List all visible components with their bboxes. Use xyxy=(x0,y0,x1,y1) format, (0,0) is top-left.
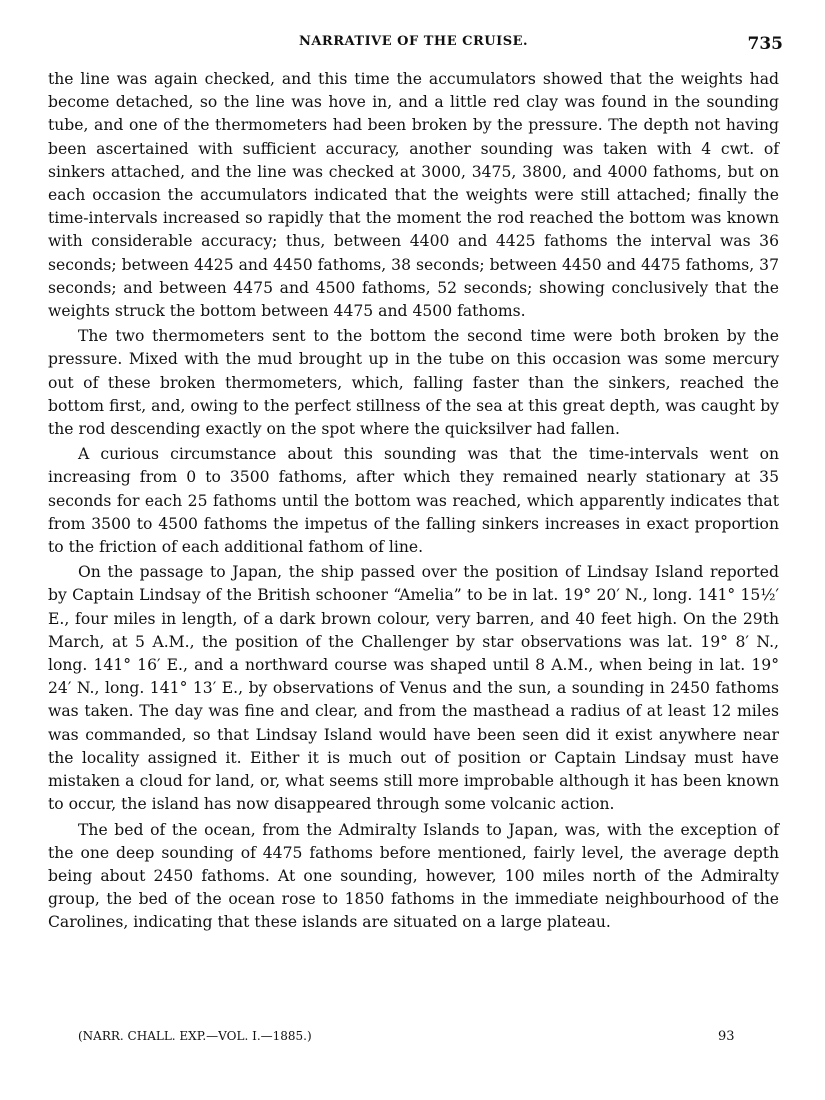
paragraph: On the passage to Japan, the ship passed… xyxy=(48,561,779,816)
paragraph-continued: the line was again checked, and this tim… xyxy=(48,68,779,323)
paragraph: The two thermometers sent to the bottom … xyxy=(48,325,779,441)
signature-mark: 93 xyxy=(718,1029,735,1044)
signature-note: (NARR. CHALL. EXP.—VOL. I.—1885.) xyxy=(78,1029,312,1043)
page-number: 735 xyxy=(748,34,784,54)
running-head: NARRATIVE OF THE CRUISE. xyxy=(48,34,779,49)
paragraph: The bed of the ocean, from the Admiralty… xyxy=(48,819,779,935)
page-footer: (NARR. CHALL. EXP.—VOL. I.—1885.) 93 xyxy=(48,1029,779,1049)
paragraph: A curious circumstance about this soundi… xyxy=(48,443,779,559)
body-text: the line was again checked, and this tim… xyxy=(48,68,779,937)
page-header: NARRATIVE OF THE CRUISE. 735 xyxy=(48,28,779,52)
